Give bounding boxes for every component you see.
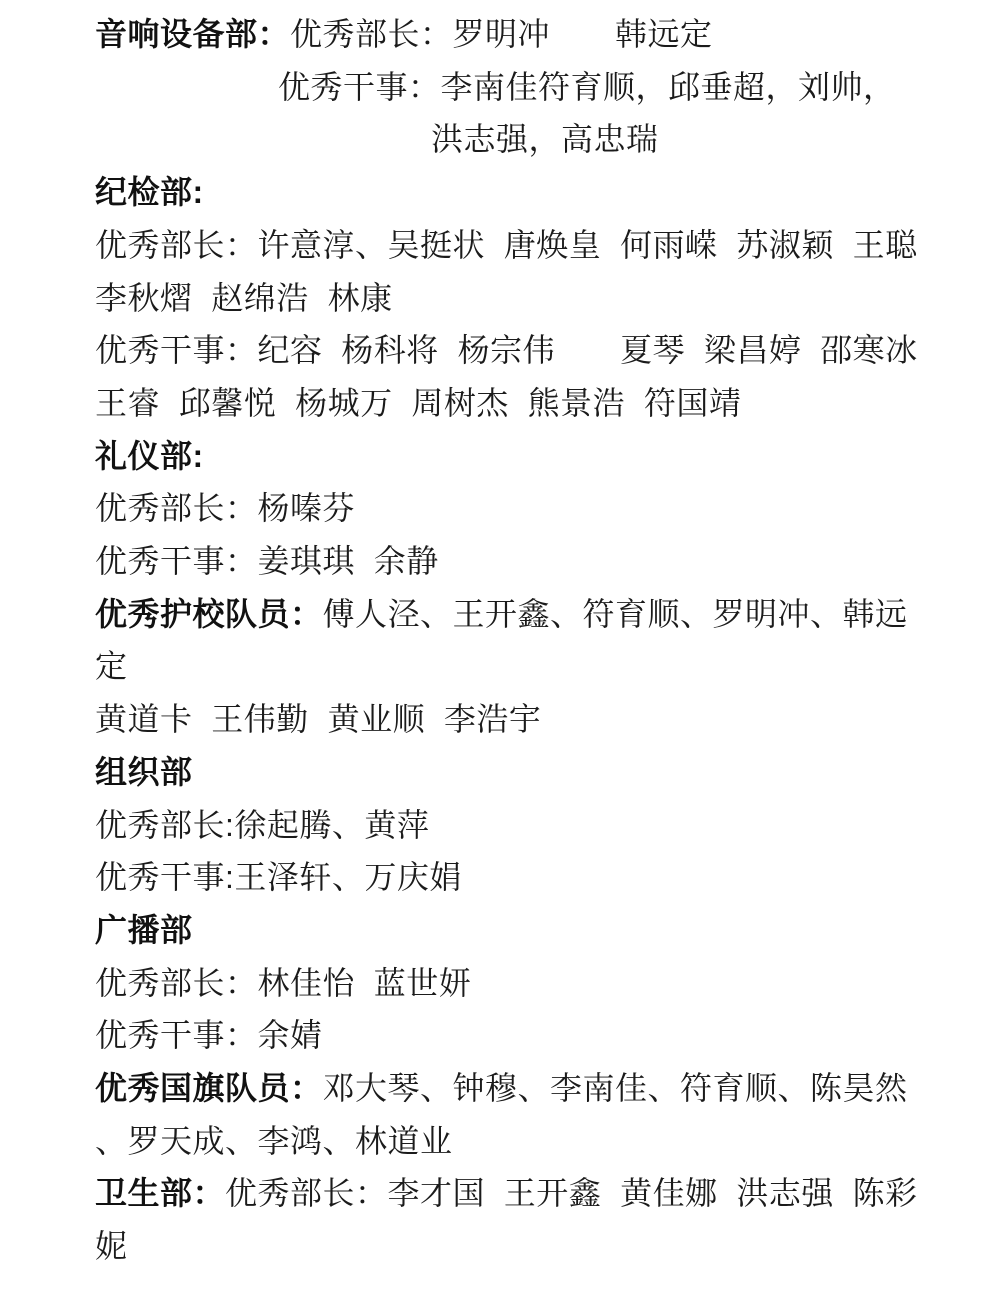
text-line: 优秀部长：林佳怡 蓝世妍: [95, 957, 920, 1010]
line-text: 妮: [95, 1228, 128, 1264]
line-text: 优秀干事：姜琪琪 余静: [95, 543, 439, 579]
line-text: 李秋熠 赵绵浩 林康: [95, 280, 393, 316]
section-heading: 优秀国旗队员：: [95, 1070, 323, 1106]
line-text: 优秀部长：许意淳、吴挺状 唐焕皇 何雨嵘 苏淑颖 王聪: [95, 227, 918, 263]
line-text: 优秀部长：林佳怡 蓝世妍: [95, 965, 471, 1001]
text-line: 优秀护校队员：傅人泾、王开鑫、符育顺、罗明冲、韩远: [95, 588, 920, 641]
line-text: 优秀干事：李南佳符育顺，邱垂超，刘帅，: [278, 69, 896, 105]
text-line: 妮: [95, 1220, 920, 1273]
text-line: 广播部: [95, 904, 920, 957]
section-heading: 组织部: [95, 754, 193, 790]
line-text: 优秀部长:徐起腾、黄萍: [95, 807, 429, 843]
section-heading: 优秀护校队员：: [95, 596, 323, 632]
line-text: 优秀干事：纪容 杨科将 杨宗伟 夏琴 梁昌婷 邵寒冰: [95, 332, 918, 368]
text-line: 优秀国旗队员：邓大琴、钟穆、李南佳、符育顺、陈昊然: [95, 1062, 920, 1115]
line-text: 洪志强，高忠瑞: [431, 121, 659, 157]
text-line: 优秀干事：纪容 杨科将 杨宗伟 夏琴 梁昌婷 邵寒冰: [95, 324, 920, 377]
document-page: 音响设备部：优秀部长：罗明冲 韩远定优秀干事：李南佳符育顺，邱垂超，刘帅，洪志强…: [0, 0, 998, 1293]
line-text: 傅人泾、王开鑫、符育顺、罗明冲、韩远: [323, 596, 908, 632]
section-heading: 广播部: [95, 912, 193, 948]
text-line: 卫生部：优秀部长：李才国 王开鑫 黄佳娜 洪志强 陈彩: [95, 1167, 920, 1220]
text-line: 李秋熠 赵绵浩 林康: [95, 272, 920, 325]
text-line: 纪检部:: [95, 166, 920, 219]
section-heading: 卫生部：: [95, 1175, 225, 1211]
text-line: 优秀干事：李南佳符育顺，邱垂超，刘帅，: [95, 61, 920, 114]
section-heading: 纪检部:: [95, 174, 204, 210]
text-line: 洪志强，高忠瑞: [95, 113, 920, 166]
text-line: 定: [95, 640, 920, 693]
text-line: 优秀干事:王泽轩、万庆娟: [95, 851, 920, 904]
text-line: 黄道卡 王伟勤 黄业顺 李浩宇: [95, 693, 920, 746]
section-heading: 音响设备部：: [95, 16, 290, 52]
line-text: 邓大琴、钟穆、李南佳、符育顺、陈昊然: [323, 1070, 908, 1106]
text-line: 优秀干事：余婧: [95, 1009, 920, 1062]
text-line: 优秀干事：姜琪琪 余静: [95, 535, 920, 588]
text-line: 、罗天成、李鸿、林道业: [95, 1115, 920, 1168]
line-text: 定: [95, 648, 128, 684]
line-text: 优秀干事:王泽轩、万庆娟: [95, 859, 462, 895]
line-text: 优秀部长：李才国 王开鑫 黄佳娜 洪志强 陈彩: [225, 1175, 918, 1211]
text-line: 组织部: [95, 746, 920, 799]
text-line: 音响设备部：优秀部长：罗明冲 韩远定: [95, 8, 920, 61]
text-line: 礼仪部:: [95, 430, 920, 483]
line-text: 王睿 邱馨悦 杨城万 周树杰 熊景浩 符国靖: [95, 385, 741, 421]
text-line: 优秀部长：许意淳、吴挺状 唐焕皇 何雨嵘 苏淑颖 王聪: [95, 219, 920, 272]
line-text: 优秀干事：余婧: [95, 1017, 323, 1053]
line-text: 优秀部长：杨嗪芬: [95, 490, 355, 526]
line-text: 黄道卡 王伟勤 黄业顺 李浩宇: [95, 701, 541, 737]
text-line: 优秀部长：杨嗪芬: [95, 482, 920, 535]
document-body: 音响设备部：优秀部长：罗明冲 韩远定优秀干事：李南佳符育顺，邱垂超，刘帅，洪志强…: [95, 8, 920, 1273]
text-line: 王睿 邱馨悦 杨城万 周树杰 熊景浩 符国靖: [95, 377, 920, 430]
text-line: 优秀部长:徐起腾、黄萍: [95, 799, 920, 852]
section-heading: 礼仪部:: [95, 438, 204, 474]
line-text: 优秀部长：罗明冲 韩远定: [290, 16, 713, 52]
line-text: 、罗天成、李鸿、林道业: [95, 1123, 453, 1159]
